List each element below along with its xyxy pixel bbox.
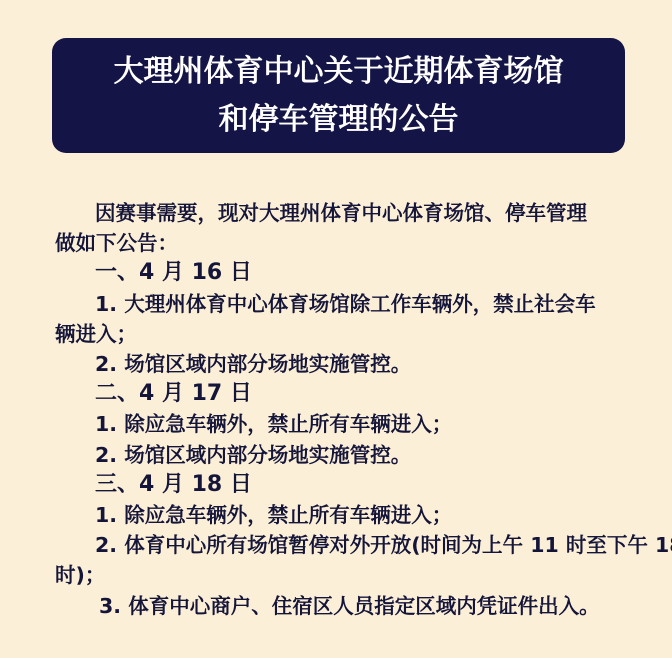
list-item: 2. 体育中心所有场馆暂停对外开放(时间为上午 11 时至下午 18 bbox=[55, 530, 655, 560]
announcement-body: 因赛事需要，现对大理州体育中心体育场馆、停车管理 做如下公告： 一、4 月 16… bbox=[55, 198, 655, 621]
section-heading-1: 一、4 月 16 日 bbox=[55, 258, 655, 288]
list-item: 1. 大理州体育中心体育场馆除工作车辆外，禁止社会车 bbox=[55, 289, 655, 319]
list-item-cont: 时)； bbox=[55, 560, 655, 590]
title-banner: 大理州体育中心关于近期体育场馆 和停车管理的公告 bbox=[52, 38, 625, 153]
title-line-2: 和停车管理的公告 bbox=[52, 96, 625, 144]
intro-text-cont: 做如下公告： bbox=[55, 228, 655, 258]
section-heading-3: 三、4 月 18 日 bbox=[55, 470, 655, 500]
title-line-1: 大理州体育中心关于近期体育场馆 bbox=[52, 48, 625, 96]
list-item: 2. 场馆区域内部分场地实施管控。 bbox=[55, 440, 655, 470]
list-item: 1. 除应急车辆外，禁止所有车辆进入； bbox=[55, 500, 655, 530]
list-item: 2. 场馆区域内部分场地实施管控。 bbox=[55, 349, 655, 379]
list-item: 1. 除应急车辆外，禁止所有车辆进入； bbox=[55, 409, 655, 439]
section-heading-2: 二、4 月 17 日 bbox=[55, 379, 655, 409]
list-item-cont: 辆进入； bbox=[55, 319, 655, 349]
intro-text: 因赛事需要，现对大理州体育中心体育场馆、停车管理 bbox=[55, 198, 655, 228]
list-item: 3. 体育中心商户、住宿区人员指定区域内凭证件出入。 bbox=[55, 591, 655, 621]
